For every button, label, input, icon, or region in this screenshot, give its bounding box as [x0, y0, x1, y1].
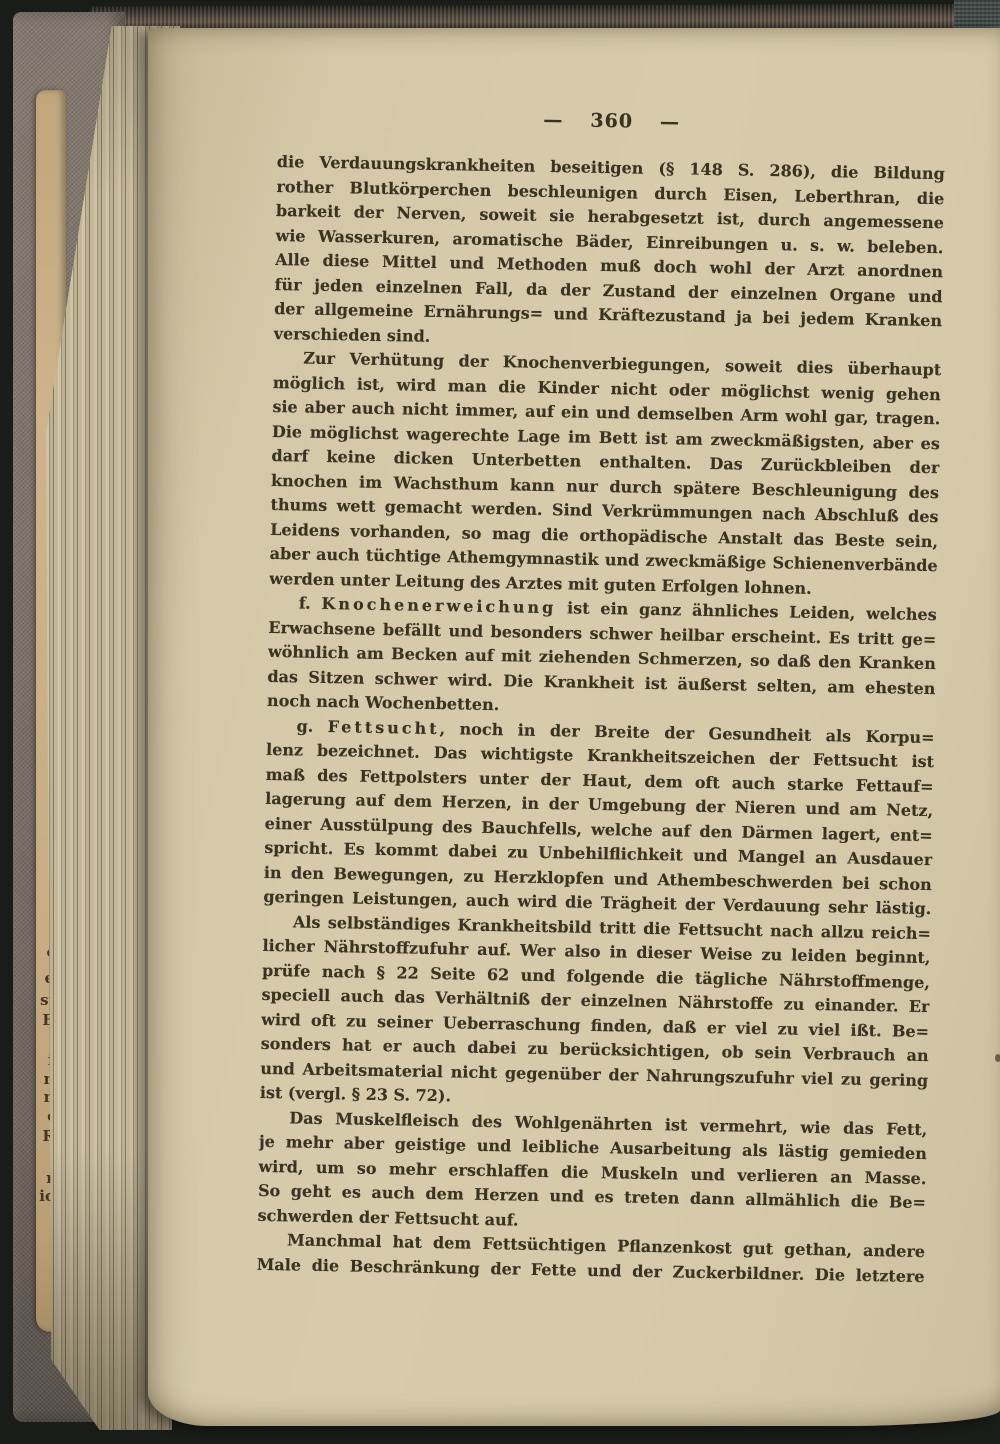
paragraph: Das Muskelfleisch des Wohlgenährten ist …	[257, 1105, 927, 1240]
page-header: — 360 —	[278, 102, 946, 140]
paragraph: Als selbständiges Krankheitsbild tritt d…	[260, 909, 931, 1117]
book-page: — 360 — die Verdauungskrankheiten beseit…	[148, 28, 1000, 1426]
page-paragraphs: die Verdauungskrankheiten beseitigen (§ …	[256, 150, 945, 1289]
page-blemish	[995, 1054, 1000, 1062]
paragraph: g. Fettsucht, noch in der Breite der Ges…	[263, 713, 934, 921]
paragraph: die Verdauungskrankheiten beseitigen (§ …	[274, 150, 945, 358]
paragraph: Zur Verhütung der Knochenverbiegungen, s…	[269, 346, 941, 603]
header-dash-right: —	[660, 111, 680, 133]
book-scan: zäaigsfbosensteBoalißndngorRonrnich — 36…	[0, 0, 1000, 1444]
header-dash-left: —	[543, 109, 563, 131]
paragraph: f. Knochenerweichung ist ein ganz ähnlic…	[267, 591, 937, 726]
text-block: — 360 — die Verdauungskrankheiten beseit…	[256, 102, 945, 1289]
page-number: 360	[590, 110, 633, 133]
